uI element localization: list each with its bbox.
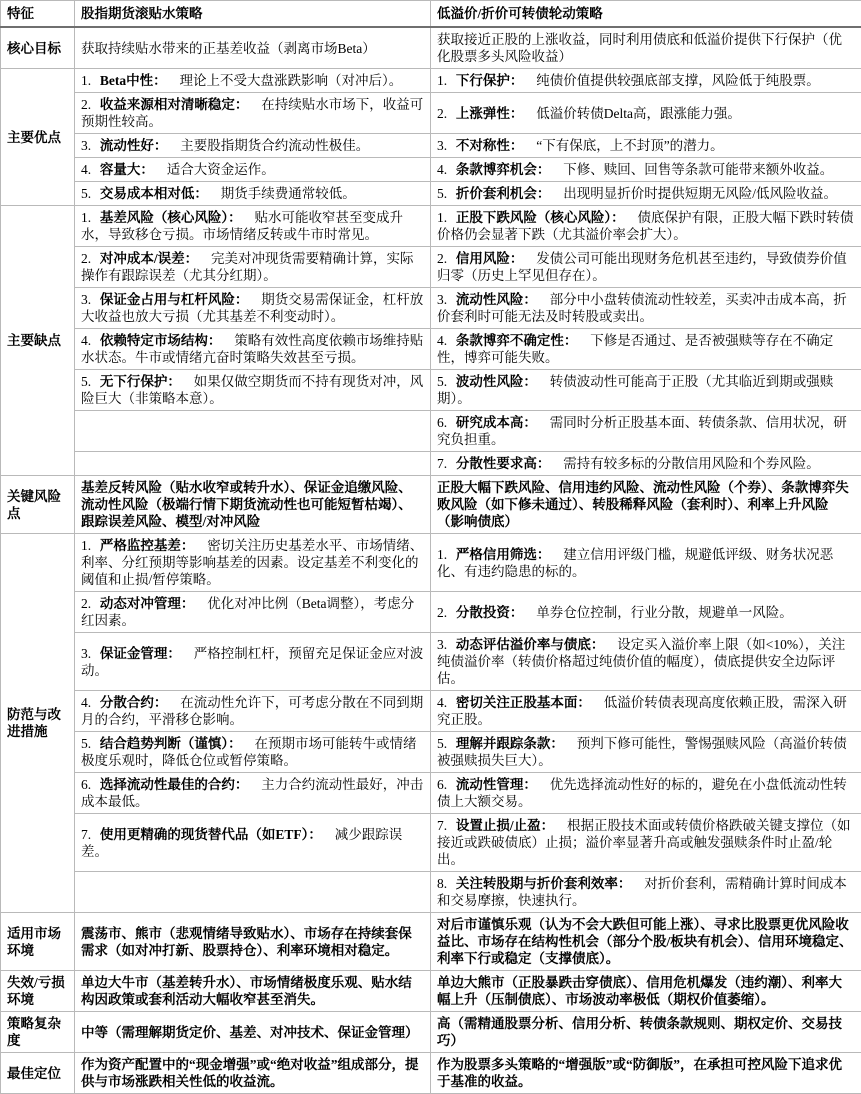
item-keyword: 交易成本相对低： <box>100 186 208 201</box>
cell-futures-strategy: 6.选择流动性最佳的合约：主力合约流动性最好，冲击成本最低。 <box>75 773 431 814</box>
row-label: 最佳定位 <box>1 1053 75 1094</box>
item-keyword: 理解并跟踪条款： <box>456 736 564 751</box>
item-number: 4. <box>81 333 91 348</box>
table-row: 2.对冲成本/误差：完美对冲现货需要精确计算，实际操作有跟踪误差（尤其分红期）。… <box>1 247 861 288</box>
item-keyword: 不对称性： <box>456 138 524 153</box>
item-keyword: 流动性好： <box>100 138 168 153</box>
table-row: 7.使用更精确的现货替代品（如ETF）：减少跟踪误差。7.设置止损/止盈：根据正… <box>1 814 861 872</box>
table-row: 5.无下行保护：如果仅做空期货而不持有现货对冲，风险巨大（非策略本意）。5.波动… <box>1 370 861 411</box>
row-label: 适用市场环境 <box>1 913 75 971</box>
cell-convertible-strategy: 作为股票多头策略的“增强版”或“防御版”，在承担可控风险下追求优于基准的收益。 <box>431 1053 861 1094</box>
table-row: 2.动态对冲管理：优化对冲比例（Beta调整），考虑分红因素。2.分散投资：单券… <box>1 592 861 633</box>
item-number: 5. <box>81 186 91 201</box>
item-keyword: 动态评估溢价率与债底： <box>456 637 605 652</box>
item-number: 5. <box>437 736 447 751</box>
item-number: 1. <box>81 210 91 225</box>
item-number: 2. <box>437 106 447 121</box>
cell-futures-strategy: 5.交易成本相对低：期货手续费通常较低。 <box>75 182 431 206</box>
item-keyword: 设置止损/止盈： <box>456 818 554 833</box>
item-number: 5. <box>437 374 447 389</box>
table-row: 4.分散合约：在流动性允许下，可考虑分散在不同到期月的合约，平滑移仓影响。4.密… <box>1 691 861 732</box>
cell-convertible-strategy: 1.下行保护：纯债价值提供较强底部支撑，风险低于纯股票。 <box>431 69 861 93</box>
cell-futures-strategy: 4.依赖特定市场结构：策略有效性高度依赖市场维持贴水状态。牛市或情绪亢奋时策略失… <box>75 329 431 370</box>
item-number: 1. <box>437 73 447 88</box>
cell-futures-strategy: 7.使用更精确的现货替代品（如ETF）：减少跟踪误差。 <box>75 814 431 872</box>
cell-convertible-strategy: 2.上涨弹性：低溢价转债Delta高，跟涨能力强。 <box>431 93 861 134</box>
item-keyword: 严格监控基差： <box>100 538 195 553</box>
table-row: 4.依赖特定市场结构：策略有效性高度依赖市场维持贴水状态。牛市或情绪亢奋时策略失… <box>1 329 861 370</box>
row-label: 核心目标 <box>1 27 75 69</box>
table-row: 7.分散性要求高：需持有较多标的分散信用风险和个券风险。 <box>1 452 861 476</box>
row-label: 防范与改进措施 <box>1 534 75 913</box>
cell-convertible-strategy: 2.分散投资：单券仓位控制，行业分散，规避单一风险。 <box>431 592 861 633</box>
table-row: 8.关注转股期与折价套利效率：对折价套利，需精确计算时间成本和交易摩擦，快速执行… <box>1 872 861 913</box>
table-row: 策略复杂度中等（需理解期货定价、基差、对冲技术、保证金管理）高（需精通股票分析、… <box>1 1012 861 1053</box>
table-row: 3.流动性好：主要股指期货合约流动性极佳。3.不对称性：“下有保底，上不封顶”的… <box>1 134 861 158</box>
table-row: 失效/亏损环境单边大牛市（基差转升水）、市场情绪极度乐观、贴水结构因政策或套利活… <box>1 971 861 1012</box>
cell-convertible-strategy: 2.信用风险：发债公司可能出现财务危机甚至违约，导致债券价值归零（历史上罕见但存… <box>431 247 861 288</box>
cell-futures-strategy: 4.容量大：适合大资金运作。 <box>75 158 431 182</box>
item-number: 1. <box>81 538 91 553</box>
item-number: 3. <box>81 646 91 661</box>
table-row: 5.交易成本相对低：期货手续费通常较低。5.折价套利机会：出现明显折价时提供短期… <box>1 182 861 206</box>
item-description: 出现明显折价时提供短期无风险/低风险收益。 <box>563 186 837 201</box>
item-keyword: 密切关注正股基本面： <box>456 695 591 710</box>
cell-convertible-strategy: 6.流动性管理：优先选择流动性好的标的，避免在小盘低流动性转债上大额交易。 <box>431 773 861 814</box>
item-keyword: 分散投资： <box>456 605 524 620</box>
cell-futures-strategy: 作为资产配置中的“现金增强”或“绝对收益”组成部分，提供与市场涨跌相关性低的收益… <box>75 1053 431 1094</box>
item-number: 2. <box>81 596 91 611</box>
item-keyword: 信用风险： <box>456 251 524 266</box>
cell-convertible-strategy: 7.设置止损/止盈：根据正股技术面或转债价格跌破关键支撑位（如接近或跌破债底）止… <box>431 814 861 872</box>
item-number: 2. <box>437 605 447 620</box>
cell-convertible-strategy: 单边大熊市（正股暴跌击穿债底）、信用危机爆发（违约潮）、利率大幅上升（压制债底）… <box>431 971 861 1012</box>
item-keyword: Beta中性： <box>100 73 167 88</box>
item-keyword: 保证金占用与杠杆风险： <box>100 292 249 307</box>
item-number: 4. <box>437 162 447 177</box>
item-description: 理论上不受大盘涨跌影响（对冲后）。 <box>179 73 402 88</box>
item-keyword: 条款博弈不确定性： <box>456 333 578 348</box>
cell-convertible-strategy: 正股大幅下跌风险、信用违约风险、流动性风险（个券）、条款博弈失败风险（如下修未通… <box>431 476 861 534</box>
table-row: 3.保证金占用与杠杆风险：期货交易需保证金，杠杆放大收益也放大亏损（尤其基差不利… <box>1 288 861 329</box>
item-keyword: 流动性风险： <box>456 292 537 307</box>
table-row: 5.结合趋势判断（谨慎）：在预期市场可能转牛或情绪极度乐观时，降低仓位或暂停策略… <box>1 732 861 773</box>
item-number: 2. <box>81 97 91 112</box>
cell-futures-strategy: 2.对冲成本/误差：完美对冲现货需要精确计算，实际操作有跟踪误差（尤其分红期）。 <box>75 247 431 288</box>
header-row: 特征 股指期货滚贴水策略 低溢价/折价可转债轮动策略 <box>1 1 861 28</box>
cell-convertible-strategy: 高（需精通股票分析、信用分析、转债条款规则、期权定价、交易技巧） <box>431 1012 861 1053</box>
cell-futures-strategy: 基差反转风险（贴水收窄或转升水）、保证金追缴风险、流动性风险（极端行情下期货流动… <box>75 476 431 534</box>
item-description: 需持有较多标的分散信用风险和个券风险。 <box>563 456 820 471</box>
item-keyword: 容量大： <box>100 162 154 177</box>
cell-convertible-strategy: 3.不对称性：“下有保底，上不封顶”的潜力。 <box>431 134 861 158</box>
item-keyword: 无下行保护： <box>100 374 181 389</box>
item-keyword: 正股下跌风险（核心风险）： <box>456 210 625 225</box>
cell-convertible-strategy: 3.流动性风险：部分中小盘转债流动性较差，买卖冲击成本高，折价套利时可能无法及时… <box>431 288 861 329</box>
table-row: 主要缺点1.基差风险（核心风险）：贴水可能收窄甚至变成升水，导致移仓亏损。市场情… <box>1 206 861 247</box>
table-row: 6.选择流动性最佳的合约：主力合约流动性最好，冲击成本最低。6.流动性管理：优先… <box>1 773 861 814</box>
cell-futures-strategy: 1.基差风险（核心风险）：贴水可能收窄甚至变成升水，导致移仓亏损。市场情绪反转或… <box>75 206 431 247</box>
cell-futures-strategy: 震荡市、熊市（悲观情绪导致贴水）、市场存在持续套保需求（如对冲打新、股票持仓）、… <box>75 913 431 971</box>
row-label: 关键风险点 <box>1 476 75 534</box>
cell-futures-strategy: 获取持续贴水带来的正基差收益（剥离市场Beta） <box>75 27 431 69</box>
table-row: 适用市场环境震荡市、熊市（悲观情绪导致贴水）、市场存在持续套保需求（如对冲打新、… <box>1 913 861 971</box>
item-keyword: 结合趋势判断（谨慎）： <box>100 736 242 751</box>
cell-convertible-strategy: 4.条款博弈机会：下修、赎回、回售等条款可能带来额外收益。 <box>431 158 861 182</box>
item-keyword: 上涨弹性： <box>456 106 524 121</box>
item-keyword: 流动性管理： <box>456 777 537 792</box>
item-number: 5. <box>81 374 91 389</box>
table-row: 4.容量大：适合大资金运作。4.条款博弈机会：下修、赎回、回售等条款可能带来额外… <box>1 158 861 182</box>
item-number: 8. <box>437 876 447 891</box>
table-row: 主要优点1.Beta中性：理论上不受大盘涨跌影响（对冲后）。1.下行保护：纯债价… <box>1 69 861 93</box>
item-number: 7. <box>437 456 447 471</box>
item-number: 4. <box>81 162 91 177</box>
item-description: 期货手续费通常较低。 <box>221 186 356 201</box>
item-keyword: 选择流动性最佳的合约： <box>100 777 249 792</box>
row-label: 主要优点 <box>1 69 75 206</box>
cell-futures-strategy: 中等（需理解期货定价、基差、对冲技术、保证金管理） <box>75 1012 431 1053</box>
column-header-futures-strategy: 股指期货滚贴水策略 <box>75 1 431 28</box>
cell-futures-strategy: 2.收益来源相对清晰稳定：在持续贴水市场下，收益可预期性较高。 <box>75 93 431 134</box>
item-description: 单券仓位控制，行业分散，规避单一风险。 <box>536 605 793 620</box>
item-keyword: 下行保护： <box>456 73 524 88</box>
cell-convertible-strategy: 5.理解并跟踪条款：预判下修可能性，警惕强赎风险（高溢价转债被强赎损失巨大）。 <box>431 732 861 773</box>
strategy-comparison-table: 特征 股指期货滚贴水策略 低溢价/折价可转债轮动策略 核心目标获取持续贴水带来的… <box>0 0 861 1094</box>
cell-futures-strategy: 5.无下行保护：如果仅做空期货而不持有现货对冲，风险巨大（非策略本意）。 <box>75 370 431 411</box>
item-keyword: 分散合约： <box>100 695 168 710</box>
item-number: 2. <box>437 251 447 266</box>
table-row: 3.保证金管理：严格控制杠杆，预留充足保证金应对波动。3.动态评估溢价率与债底：… <box>1 633 861 691</box>
item-keyword: 依赖特定市场结构： <box>100 333 222 348</box>
column-header-convertible-strategy: 低溢价/折价可转债轮动策略 <box>431 1 861 28</box>
item-keyword: 对冲成本/误差： <box>100 251 198 266</box>
item-number: 4. <box>437 333 447 348</box>
row-label: 策略复杂度 <box>1 1012 75 1053</box>
item-keyword: 关注转股期与折价套利效率： <box>456 876 632 891</box>
cell-convertible-strategy: 5.波动性风险：转债波动性可能高于正股（尤其临近到期或强赎期）。 <box>431 370 861 411</box>
cell-convertible-strategy: 4.条款博弈不确定性：下修是否通过、是否被强赎等存在不确定性，博弈可能失败。 <box>431 329 861 370</box>
item-number: 1. <box>437 547 447 562</box>
item-keyword: 保证金管理： <box>100 646 181 661</box>
cell-futures-strategy <box>75 452 431 476</box>
item-number: 7. <box>437 818 447 833</box>
cell-convertible-strategy: 1.正股下跌风险（核心风险）：债底保护有限，正股大幅下跌时转债价格仍会显著下跌（… <box>431 206 861 247</box>
item-keyword: 使用更精确的现货替代品（如ETF）： <box>100 827 322 842</box>
item-number: 7. <box>81 827 91 842</box>
item-description: 适合大资金运作。 <box>167 162 275 177</box>
item-keyword: 研究成本高： <box>456 415 537 430</box>
cell-convertible-strategy: 7.分散性要求高：需持有较多标的分散信用风险和个券风险。 <box>431 452 861 476</box>
item-description: 下修、赎回、回售等条款可能带来额外收益。 <box>563 162 833 177</box>
item-keyword: 收益来源相对清晰稳定： <box>100 97 249 112</box>
table-body: 核心目标获取持续贴水带来的正基差收益（剥离市场Beta）获取接近正股的上涨收益，… <box>1 27 861 1094</box>
item-description: 主要股指期货合约流动性极佳。 <box>180 138 369 153</box>
table-row: 2.收益来源相对清晰稳定：在持续贴水市场下，收益可预期性较高。2.上涨弹性：低溢… <box>1 93 861 134</box>
table-row: 关键风险点基差反转风险（贴水收窄或转升水）、保证金追缴风险、流动性风险（极端行情… <box>1 476 861 534</box>
cell-convertible-strategy: 5.折价套利机会：出现明显折价时提供短期无风险/低风险收益。 <box>431 182 861 206</box>
cell-futures-strategy: 3.保证金管理：严格控制杠杆，预留充足保证金应对波动。 <box>75 633 431 691</box>
item-description: “下有保底，上不封顶”的潜力。 <box>536 138 723 153</box>
item-keyword: 动态对冲管理： <box>100 596 195 611</box>
item-number: 3. <box>81 292 91 307</box>
table-row: 最佳定位作为资产配置中的“现金增强”或“绝对收益”组成部分，提供与市场涨跌相关性… <box>1 1053 861 1094</box>
item-number: 3. <box>81 138 91 153</box>
item-number: 5. <box>437 186 447 201</box>
cell-futures-strategy: 1.严格监控基差：密切关注历史基差水平、市场情绪、利率、分红预期等影响基差的因素… <box>75 534 431 592</box>
cell-convertible-strategy: 4.密切关注正股基本面：低溢价转债表现高度依赖正股，需深入研究正股。 <box>431 691 861 732</box>
item-number: 6. <box>81 777 91 792</box>
item-number: 3. <box>437 637 447 652</box>
cell-futures-strategy: 2.动态对冲管理：优化对冲比例（Beta调整），考虑分红因素。 <box>75 592 431 633</box>
table-row: 防范与改进措施1.严格监控基差：密切关注历史基差水平、市场情绪、利率、分红预期等… <box>1 534 861 592</box>
table-row: 6.研究成本高：需同时分析正股基本面、转债条款、信用状况，研究负担重。 <box>1 411 861 452</box>
cell-convertible-strategy: 6.研究成本高：需同时分析正股基本面、转债条款、信用状况，研究负担重。 <box>431 411 861 452</box>
item-number: 1. <box>437 210 447 225</box>
cell-futures-strategy: 3.流动性好：主要股指期货合约流动性极佳。 <box>75 134 431 158</box>
cell-futures-strategy: 3.保证金占用与杠杆风险：期货交易需保证金，杠杆放大收益也放大亏损（尤其基差不利… <box>75 288 431 329</box>
item-number: 2. <box>81 251 91 266</box>
item-number: 3. <box>437 138 447 153</box>
table-row: 核心目标获取持续贴水带来的正基差收益（剥离市场Beta）获取接近正股的上涨收益，… <box>1 27 861 69</box>
item-keyword: 分散性要求高： <box>456 456 551 471</box>
item-keyword: 波动性风险： <box>456 374 537 389</box>
item-number: 6. <box>437 415 447 430</box>
item-number: 6. <box>437 777 447 792</box>
cell-futures-strategy <box>75 411 431 452</box>
cell-futures-strategy: 5.结合趋势判断（谨慎）：在预期市场可能转牛或情绪极度乐观时，降低仓位或暂停策略… <box>75 732 431 773</box>
cell-convertible-strategy: 3.动态评估溢价率与债底：设定买入溢价率上限（如<10%），关注纯债溢价率（转债… <box>431 633 861 691</box>
cell-futures-strategy <box>75 872 431 913</box>
item-keyword: 基差风险（核心风险）： <box>100 210 242 225</box>
cell-convertible-strategy: 对后市谨慎乐观（认为不会大跌但可能上涨）、寻求比股票更优风险收益比、市场存在结构… <box>431 913 861 971</box>
row-label: 主要缺点 <box>1 206 75 476</box>
item-number: 4. <box>437 695 447 710</box>
item-description: 低溢价转债Delta高，跟涨能力强。 <box>536 106 741 121</box>
row-label: 失效/亏损环境 <box>1 971 75 1012</box>
item-keyword: 严格信用筛选： <box>456 547 551 562</box>
item-keyword: 条款博弈机会： <box>456 162 551 177</box>
cell-futures-strategy: 1.Beta中性：理论上不受大盘涨跌影响（对冲后）。 <box>75 69 431 93</box>
cell-convertible-strategy: 1.严格信用筛选：建立信用评级门槛，规避低评级、财务状况恶化、有违约隐患的标的。 <box>431 534 861 592</box>
item-description: 纯债价值提供较强底部支撑，风险低于纯股票。 <box>536 73 820 88</box>
item-number: 3. <box>437 292 447 307</box>
cell-futures-strategy: 单边大牛市（基差转升水）、市场情绪极度乐观、贴水结构因政策或套利活动大幅收窄甚至… <box>75 971 431 1012</box>
cell-futures-strategy: 4.分散合约：在流动性允许下，可考虑分散在不同到期月的合约，平滑移仓影响。 <box>75 691 431 732</box>
column-header-feature: 特征 <box>1 1 75 28</box>
item-keyword: 折价套利机会： <box>456 186 551 201</box>
item-number: 1. <box>81 73 91 88</box>
cell-convertible-strategy: 获取接近正股的上涨收益，同时利用债底和低溢价提供下行保护（优化股票多头风险收益） <box>431 27 861 69</box>
cell-convertible-strategy: 8.关注转股期与折价套利效率：对折价套利，需精确计算时间成本和交易摩擦，快速执行… <box>431 872 861 913</box>
item-number: 5. <box>81 736 91 751</box>
item-number: 4. <box>81 695 91 710</box>
